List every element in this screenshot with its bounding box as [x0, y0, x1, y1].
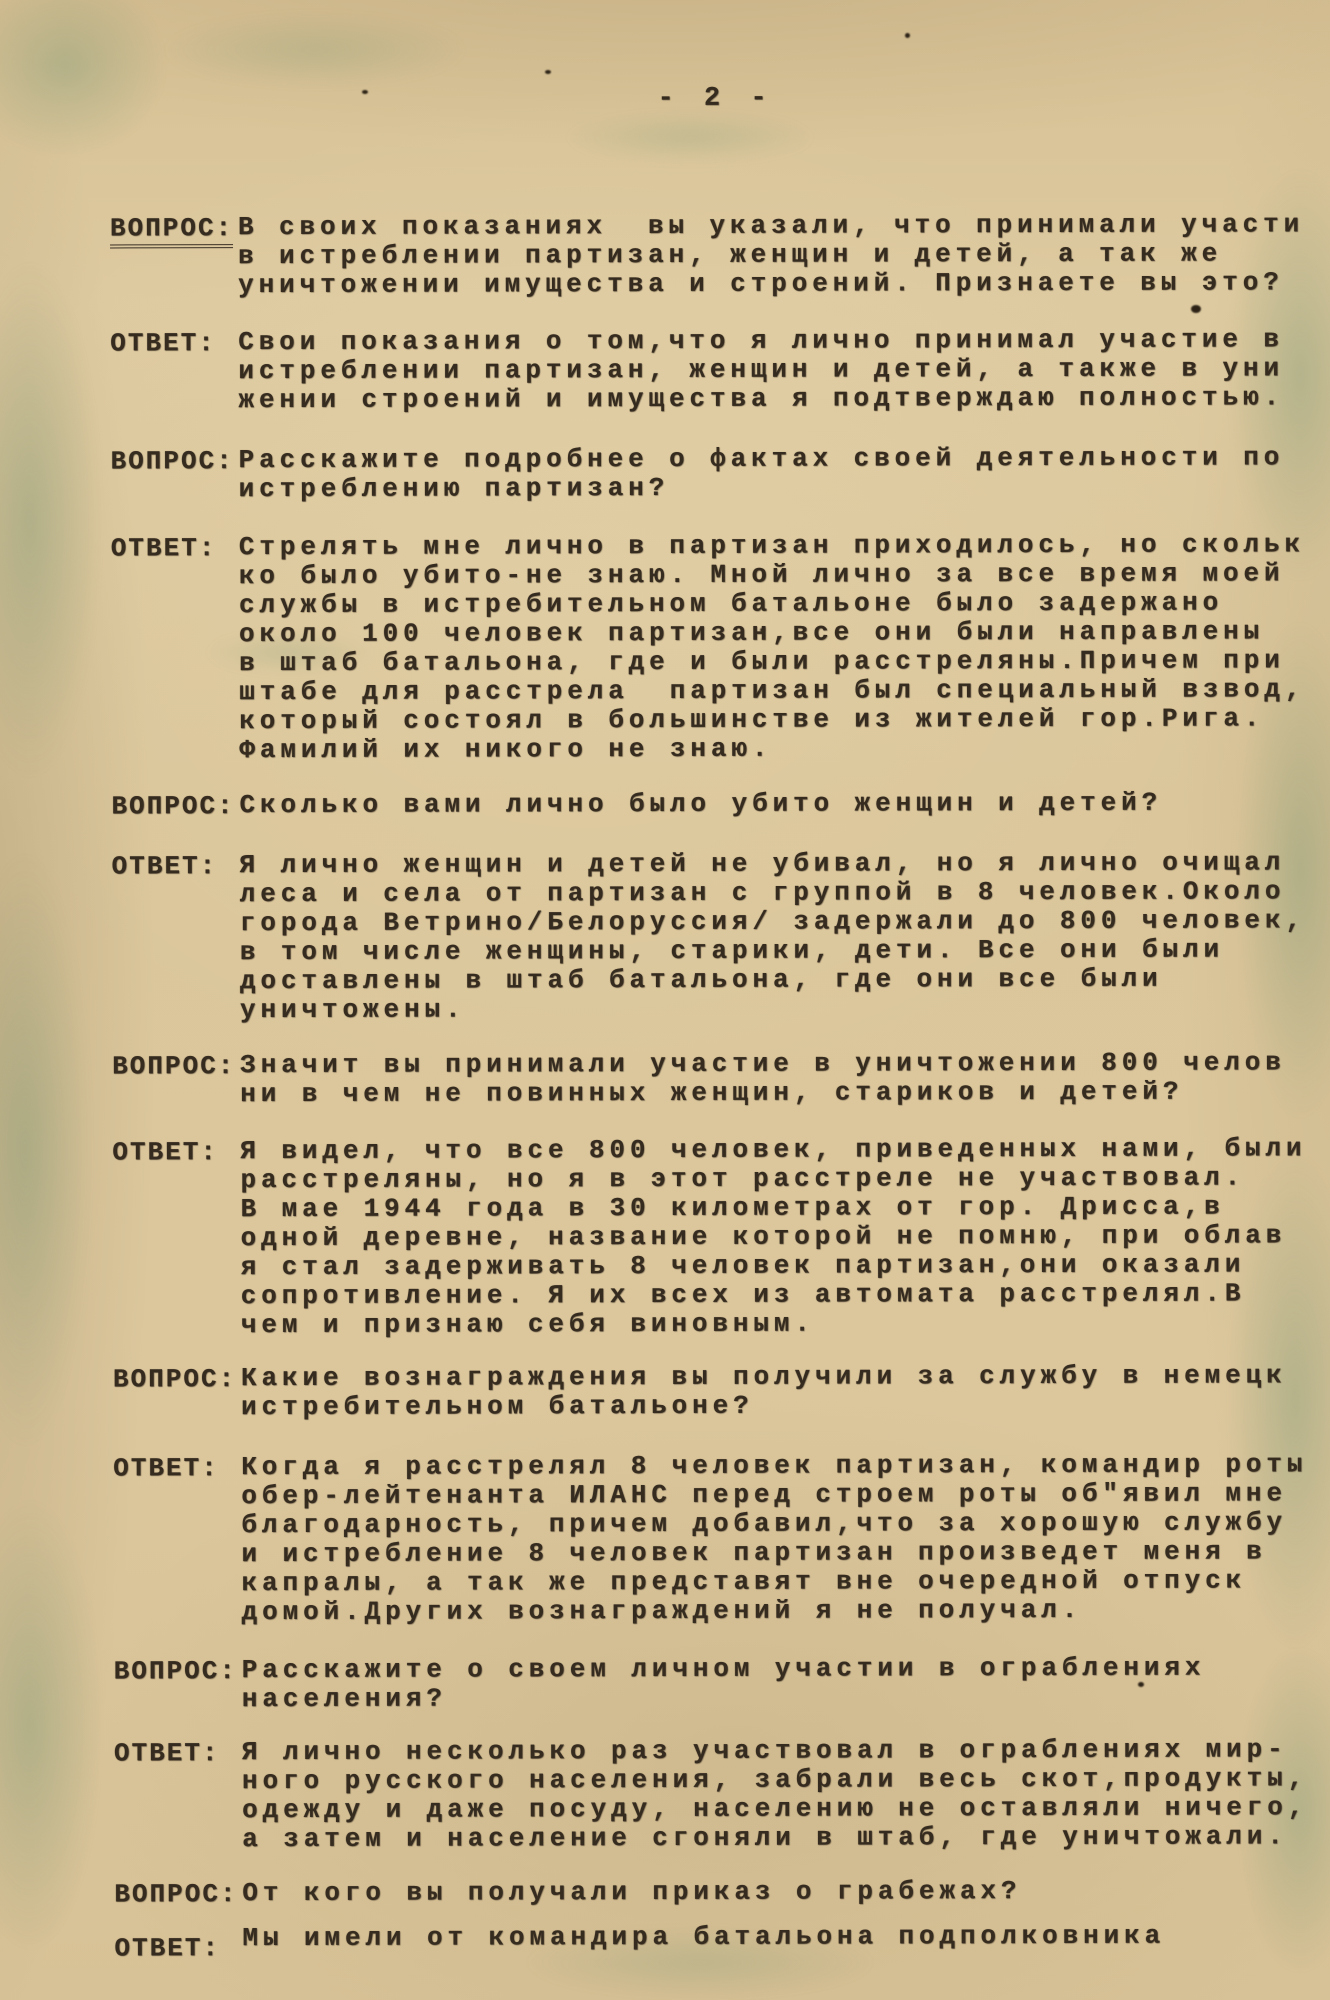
question-text: Расскажите подробнее о фактах своей деят… [239, 443, 1285, 504]
answer-block: ОТВЕТ: Мы имели от командира батальона п… [2, 1930, 1330, 1933]
question-label: ВОПРОС: [114, 1656, 237, 1686]
question-block: ВОПРОС: Расскажите о своем личном участи… [2, 1653, 1330, 1656]
question-text: От кого вы получали приказ о грабежах? [242, 1877, 1021, 1908]
question-text: Сколько вами лично было убито женщин и д… [239, 789, 1162, 820]
question-text: Расскажите о своем личном участии в огра… [242, 1654, 1206, 1715]
answer-label: ОТВЕТ: [110, 328, 216, 358]
answer-block: ОТВЕТ: Я лично женщин и детей не убивал,… [0, 848, 1330, 851]
answer-label: ОТВЕТ: [114, 1738, 220, 1768]
page-number: - 2 - [658, 84, 774, 114]
answer-label: ОТВЕТ: [113, 1453, 219, 1483]
answer-label: ОТВЕТ: [111, 533, 217, 563]
question-text: В своих показаниях вы указали, что прини… [238, 210, 1304, 300]
answer-label: ОТВЕТ: [112, 851, 218, 881]
question-label: ВОПРОС: [112, 1051, 235, 1081]
answer-text: Стрелять мне лично в партизан приходилос… [239, 530, 1306, 765]
question-label: ВОПРОС: [110, 213, 233, 248]
answer-text: Я лично женщин и детей не убивал, но я л… [240, 848, 1307, 1025]
question-label: ВОПРОС: [111, 446, 234, 476]
answer-label: ОТВЕТ: [112, 1137, 218, 1167]
answer-block: ОТВЕТ: Когда я расстрелял 8 человек парт… [1, 1450, 1330, 1453]
document-page: - 2 - ВОПРОС: В своих показаниях вы указ… [0, 0, 1330, 2000]
scanned-interrogation-page: { "page": { "number": "- 2 -" }, "colors… [0, 0, 1330, 2000]
question-block: ВОПРОС: От кого вы получали приказ о гра… [2, 1876, 1330, 1879]
answer-block: ОТВЕТ: Я видел, что все 800 человек, при… [0, 1134, 1330, 1137]
answer-block: ОТВЕТ: Я лично несколько раз участвовал … [2, 1735, 1330, 1738]
question-block: ВОПРОС: В своих показаниях вы указали, ч… [0, 210, 1328, 213]
question-block: ВОПРОС: Значит вы принимали участие в ун… [0, 1048, 1330, 1051]
question-block: ВОПРОС: Расскажите подробнее о фактах св… [0, 443, 1329, 446]
answer-text: Мы имели от командира батальона подполко… [242, 1922, 1165, 1953]
question-block: ВОПРОС: Сколько вами лично было убито же… [0, 788, 1329, 791]
answer-text: Когда я расстрелял 8 человек партизан, к… [241, 1450, 1308, 1627]
question-label: ВОПРОС: [111, 791, 234, 821]
answer-block: ОТВЕТ: Свои показания о том,что я лично … [0, 325, 1328, 328]
question-label: ВОПРОС: [114, 1879, 237, 1909]
answer-text: Я лично несколько раз участвовал в ограб… [242, 1735, 1308, 1854]
question-text: Какие вознаграждения вы получили за служ… [241, 1361, 1287, 1422]
answer-block: ОТВЕТ: Стрелять мне лично в партизан при… [0, 530, 1329, 533]
question-label: ВОПРОС: [113, 1364, 236, 1394]
answer-text: Я видел, что все 800 человек, приведенны… [240, 1134, 1307, 1340]
question-text: Значит вы принимали участие в уничтожени… [240, 1048, 1286, 1109]
answer-text: Свои показания о том,что я лично принима… [238, 325, 1284, 415]
answer-label: ОТВЕТ: [114, 1933, 220, 1963]
question-block: ВОПРОС: Какие вознаграждения вы получили… [1, 1361, 1330, 1364]
